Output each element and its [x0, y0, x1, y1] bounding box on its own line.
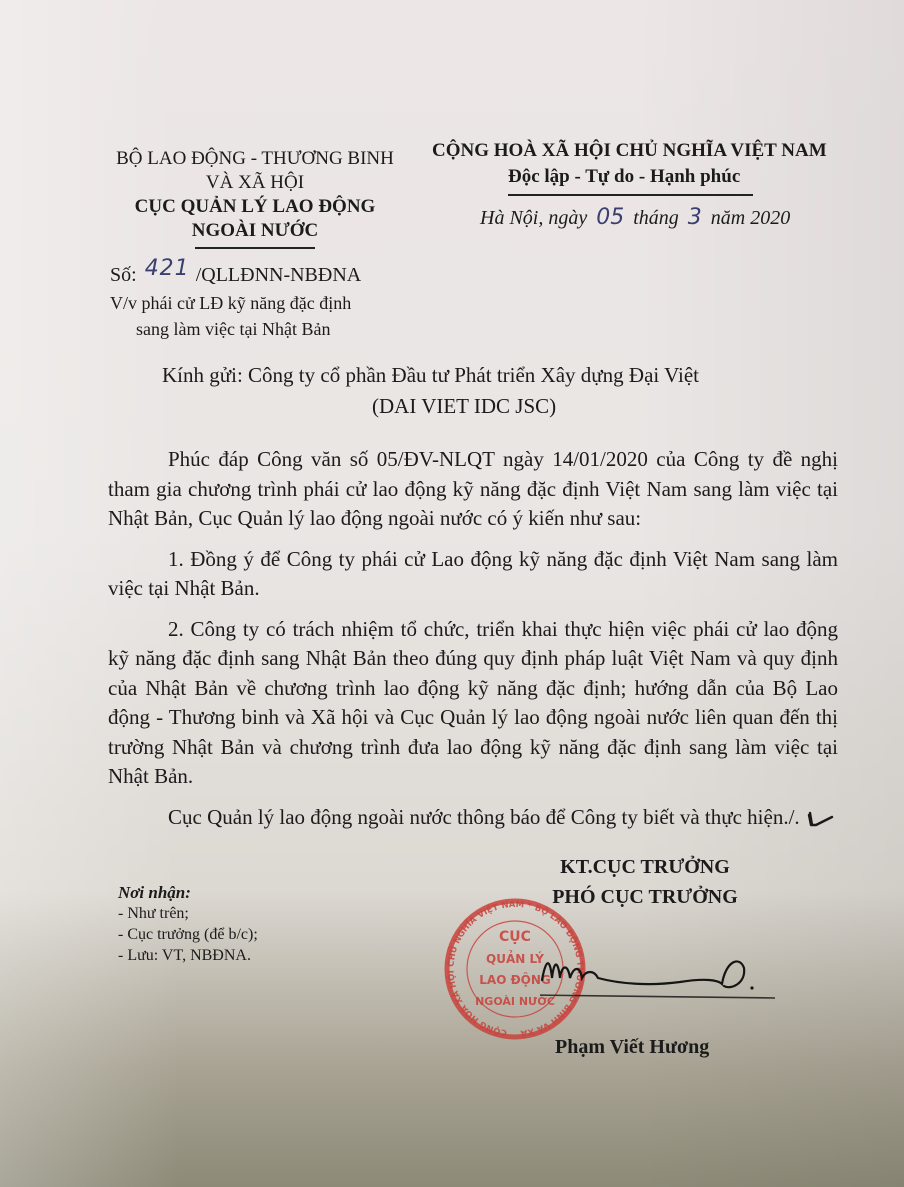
stamp-line: CỤC — [499, 929, 531, 945]
recipient-address: Kính gửi: Công ty cổ phần Đầu tư Phát tr… — [150, 360, 850, 422]
document-number: Số:421/QLLĐNN-NBĐNA — [110, 262, 361, 287]
national-header: CỘNG HOÀ XÃ HỘI CHỦ NGHĨA VIỆT NAM Độc l… — [420, 138, 840, 196]
date-line: Hà Nội, ngày 05 tháng 3 năm 2020 — [480, 205, 790, 230]
handwritten-check-icon — [806, 811, 836, 827]
stamp-line: QUẢN LÝ — [486, 950, 544, 966]
issuing-authority: BỘ LAO ĐỘNG - THƯƠNG BINH VÀ XÃ HỘI CỤC … — [105, 147, 405, 249]
department-line-2: NGOÀI NƯỚC — [105, 219, 405, 243]
department-line-1: CỤC QUẢN LÝ LAO ĐỘNG — [105, 195, 405, 219]
closing-text: Cục Quản lý lao động ngoài nước thông bá… — [168, 805, 800, 829]
ministry-line-1: BỘ LAO ĐỘNG - THƯƠNG BINH — [105, 147, 405, 171]
doc-number-suffix: /QLLĐNN-NBĐNA — [196, 264, 362, 286]
signature-title-line-1: KT.CỤC TRƯỞNG — [510, 852, 780, 882]
recipient-item: - Cục trưởng (để b/c); — [118, 924, 258, 945]
letter-body: Phúc đáp Công văn số 05/ĐV-NLQT ngày 14/… — [108, 445, 838, 843]
national-motto: Độc lập - Tự do - Hạnh phúc — [420, 164, 840, 190]
subject: V/v phái cử LĐ kỹ năng đặc định sang làm… — [110, 290, 410, 342]
handwritten-signature — [540, 950, 780, 1010]
recipient-line-2: (DAI VIET IDC JSC) — [150, 391, 850, 422]
doc-number-label: Số: — [110, 264, 137, 286]
signature-title-line-2: PHÓ CỤC TRƯỞNG — [510, 882, 780, 912]
recipient-item: - Lưu: VT, NBĐNA. — [118, 945, 258, 966]
body-paragraph-intro: Phúc đáp Công văn số 05/ĐV-NLQT ngày 14/… — [108, 445, 838, 534]
recipients-title: Nơi nhận: — [118, 882, 258, 903]
body-paragraph-closing: Cục Quản lý lao động ngoài nước thông bá… — [108, 803, 838, 833]
recipient-item: - Như trên; — [118, 903, 258, 924]
header-underline — [195, 247, 315, 249]
signature-title: KT.CỤC TRƯỞNG PHÓ CỤC TRƯỞNG — [510, 852, 780, 912]
motto-underline — [508, 194, 753, 196]
subject-line-1: V/v phái cử LĐ kỹ năng đặc định — [110, 290, 410, 316]
recipient-line-1: Kính gửi: Công ty cổ phần Đầu tư Phát tr… — [150, 360, 850, 391]
body-paragraph-item-1: 1. Đồng ý để Công ty phái cử Lao động kỹ… — [108, 545, 838, 604]
handwritten-month: 3 — [688, 205, 702, 230]
recipients-list: Nơi nhận: - Như trên; - Cục trưởng (để b… — [118, 882, 258, 966]
subject-line-2: sang làm việc tại Nhật Bản — [110, 316, 410, 342]
body-paragraph-item-2: 2. Công ty có trách nhiệm tổ chức, triển… — [108, 615, 838, 792]
ministry-line-2: VÀ XÃ HỘI — [105, 171, 405, 195]
handwritten-number: 421 — [145, 256, 190, 281]
month-label: tháng — [633, 207, 679, 229]
signer-name: Phạm Viết Hương — [555, 1036, 709, 1059]
date-prefix: Hà Nội, ngày — [480, 207, 587, 229]
nation-name: CỘNG HOÀ XÃ HỘI CHỦ NGHĨA VIỆT NAM — [420, 138, 840, 164]
year-label: năm 2020 — [711, 207, 790, 229]
handwritten-day: 05 — [596, 205, 624, 230]
